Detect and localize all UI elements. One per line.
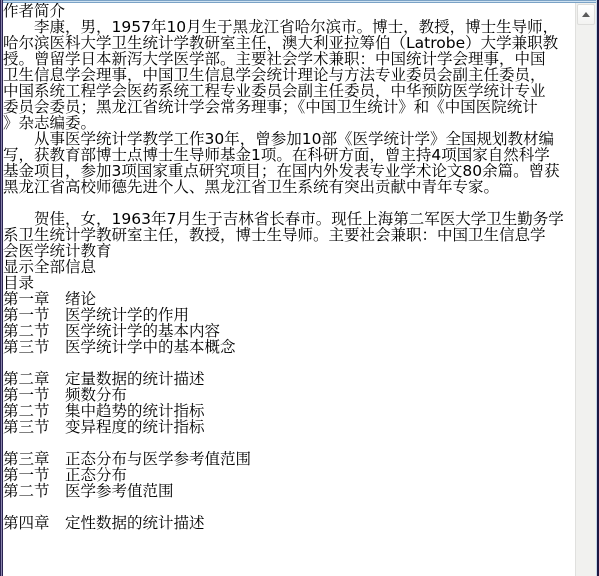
toc-chapter: 第四章 定性数据的统计描述 — [3, 515, 574, 531]
window-left-border — [0, 0, 3, 576]
toc-section: 第三节 医学统计学中的基本概念 — [3, 339, 574, 355]
scrollbar-track[interactable] — [576, 26, 596, 576]
toc-section: 第一节 医学统计学的作用 — [3, 307, 574, 323]
toc-chapter: 第二章 定量数据的统计描述 — [3, 371, 574, 387]
toc-section: 第二节 医学统计学的基本内容 — [3, 323, 574, 339]
show-all-info-link[interactable]: 显示全部信息 — [3, 259, 574, 275]
book-detail-window: 作者简介 李康，男，1957年10月生于黑龙江省哈尔滨市。博士，教授，博士生导师… — [0, 0, 599, 576]
toc-chapter: 第三章 正态分布与医学参考值范围 — [3, 451, 574, 467]
toc-section: 第二节 集中趋势的统计指标 — [3, 403, 574, 419]
window-top-border — [0, 0, 599, 3]
toc-chapter: 第一章 绪论 — [3, 291, 574, 307]
toc-heading: 目录 — [3, 275, 574, 291]
blank-line — [3, 499, 574, 515]
author-bio-hejia-paragraph: 贺佳，女，1963年7月生于吉林省长春市。现任上海第二军医大学卫生勤务学 系卫生… — [3, 211, 574, 259]
scroll-up-arrow-icon — [582, 12, 590, 17]
scroll-up-button[interactable] — [577, 4, 595, 25]
blank-line — [3, 355, 574, 371]
blank-line — [3, 195, 574, 211]
author-bio-likang-paragraph-2: 从事医学统计学教学工作30年，曾参加10部《医学统计学》全国规划教材编 写，获教… — [3, 131, 574, 195]
toc-section: 第一节 正态分布 — [3, 467, 574, 483]
vertical-scrollbar[interactable] — [575, 3, 596, 576]
blank-line — [3, 435, 574, 451]
author-intro-heading: 作者简介 — [3, 3, 574, 19]
toc-section: 第三节 变异程度的统计指标 — [3, 419, 574, 435]
toc-list: 第一章 绪论第一节 医学统计学的作用第二节 医学统计学的基本内容第三节 医学统计… — [3, 291, 574, 531]
toc-section: 第二节 医学参考值范围 — [3, 483, 574, 499]
author-bio-likang-paragraph-1: 李康，男，1957年10月生于黑龙江省哈尔滨市。博士，教授，博士生导师， 哈尔滨… — [3, 19, 574, 131]
toc-section: 第一节 频数分布 — [3, 387, 574, 403]
book-description-content: 作者简介 李康，男，1957年10月生于黑龙江省哈尔滨市。博士，教授，博士生导师… — [3, 3, 574, 573]
